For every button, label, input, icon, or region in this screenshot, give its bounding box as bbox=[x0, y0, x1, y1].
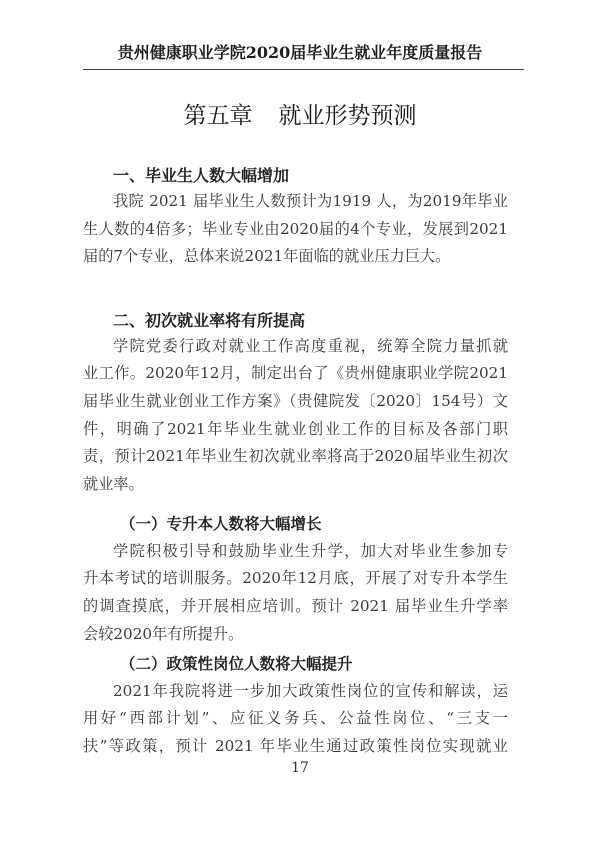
subsection-heading-1: （一）专升本人数将大幅增长 bbox=[120, 512, 322, 534]
chapter-number: 第五章 bbox=[184, 103, 253, 129]
paragraph-line: 学院党委行政对就业工作高度重视，统筹全院力量抓就 bbox=[113, 336, 508, 356]
paragraph-line: 的调查摸底，并开展相应培训。预计 2021 届毕业生升学率 bbox=[83, 596, 508, 616]
page-number: 17 bbox=[0, 760, 600, 776]
header-divider bbox=[83, 69, 524, 70]
paragraph-line: 生人数的4倍多；毕业专业由2020届的4个专业，发展到2021 bbox=[83, 219, 508, 239]
paragraph-line: 2021年我院将进一步加大政策性岗位的宣传和解读，运 bbox=[113, 681, 508, 701]
paragraph-line: 我院 2021 届毕业生人数预计为1919 人，为2019年毕业 bbox=[113, 191, 508, 211]
paragraph-line: 届毕业生就业创业工作方案》（贵健院发〔2020〕154号）文 bbox=[83, 391, 508, 411]
paragraph-line: 用好“西部计划”、应征义务兵、公益性岗位、“三支一 bbox=[83, 708, 508, 728]
paragraph-line: 学院积极引导和鼓励毕业生升学，加大对毕业生参加专 bbox=[113, 541, 508, 561]
paragraph-line: 责，预计2021年毕业生初次就业率将高于2020届毕业生初次 bbox=[83, 446, 508, 466]
paragraph-line: 升本考试的培训服务。2020年12月底，开展了对专升本学生 bbox=[83, 568, 508, 588]
section-heading-1: 一、毕业生人数大幅增加 bbox=[113, 163, 289, 186]
paragraph-line: 就业率。 bbox=[83, 474, 508, 494]
paragraph-line: 件，明确了2021年毕业生就业创业工作的目标及各部门职 bbox=[83, 419, 508, 439]
paragraph-line: 届的7个专业，总体来说2021年面临的就业压力巨大。 bbox=[83, 246, 508, 266]
section-heading-2: 二、初次就业率将有所提高 bbox=[113, 308, 305, 331]
chapter-name: 就业形势预测 bbox=[279, 103, 417, 129]
subsection-heading-2: （二）政策性岗位人数将大幅提升 bbox=[120, 652, 353, 674]
paragraph-line: 会较2020年有所提升。 bbox=[83, 624, 508, 644]
paragraph-line: 扶”等政策，预计 2021 年毕业生通过政策性岗位实现就业 bbox=[83, 736, 508, 756]
paragraph-line: 业工作。2020年12月，制定出台了《贵州健康职业学院2021 bbox=[83, 363, 508, 383]
running-header: 贵州健康职业学院2020届毕业生就业年度质量报告 bbox=[0, 40, 600, 63]
chapter-title: 第五章就业形势预测 bbox=[0, 97, 600, 130]
